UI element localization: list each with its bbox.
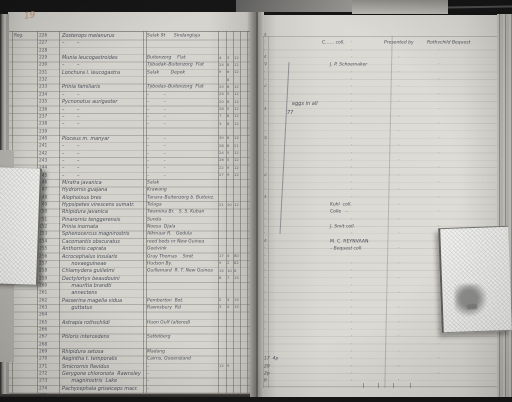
species-entry: – – bbox=[62, 92, 148, 98]
species-entry: Aegintha t. temporalis bbox=[62, 356, 148, 362]
row-number: 234 bbox=[39, 92, 48, 97]
species-entry: – – bbox=[62, 62, 148, 68]
species-entry: Chlamydera guilielmi bbox=[62, 268, 148, 274]
ditto-mark: · bbox=[438, 62, 442, 67]
ditto-mark: · bbox=[351, 312, 355, 317]
ditto-mark: · bbox=[438, 342, 442, 347]
species-entry: Lonchura l. leucogastra bbox=[62, 70, 148, 76]
row-number: 231 bbox=[39, 70, 48, 75]
locality-entry: – – bbox=[147, 136, 215, 141]
margin-mark: · bbox=[264, 158, 269, 163]
row-number: 265 bbox=[39, 320, 48, 325]
row-number: 255 bbox=[39, 246, 48, 251]
species-entry: – – bbox=[62, 151, 148, 157]
margin-mark: · bbox=[264, 77, 269, 82]
margin-mark: · bbox=[264, 261, 269, 266]
ditto-mark: · bbox=[438, 151, 442, 156]
ditto-mark: · bbox=[351, 378, 355, 383]
locality-entry: Madang bbox=[147, 349, 215, 354]
species-entry: Ptiloris intercedens bbox=[62, 334, 148, 340]
species-entry: Hydrornis guajana bbox=[62, 187, 148, 193]
row-number: 273 bbox=[39, 378, 48, 383]
ditto-mark: · bbox=[438, 48, 442, 53]
species-entry: magnirostris Lake bbox=[62, 378, 148, 384]
row-number: 238 bbox=[39, 121, 48, 126]
register-row: 226Zosterops melanurusSalak 9t Sindangla… bbox=[0, 33, 250, 40]
row-number: 241 bbox=[39, 143, 48, 148]
date-cell: 7 bbox=[219, 114, 226, 118]
row-number: 268 bbox=[39, 342, 48, 347]
species-entry: Hypsipetes virescens sumatr. bbox=[62, 202, 148, 208]
row-number: 269 bbox=[39, 349, 48, 354]
row-number: 233 bbox=[39, 84, 48, 89]
ditto-mark: · bbox=[351, 77, 355, 82]
collection-entry: M. C. REYNVAAN bbox=[330, 239, 369, 244]
register-scan-photo: 19 Reg. 226Zosterops melanurusSalak 9t S… bbox=[0, 0, 512, 402]
date-cell: 12 bbox=[234, 63, 241, 67]
date-cell: 5 bbox=[227, 107, 234, 111]
ditto-mark: · bbox=[398, 261, 402, 266]
ditto-mark: · bbox=[398, 305, 402, 310]
date-cell: 28 bbox=[219, 107, 226, 111]
margin-mark: · bbox=[264, 217, 269, 222]
register-row: 267Ptiloris intercedensSattelberg bbox=[0, 334, 250, 341]
locality-entry: – – bbox=[147, 114, 215, 119]
ditto-mark: · bbox=[438, 165, 442, 170]
margin-mark: 2 bbox=[264, 173, 269, 178]
species-entry: Acrocephalus insularis bbox=[62, 254, 148, 260]
ditto-mark: · bbox=[351, 371, 355, 376]
date-cell: 8 bbox=[227, 144, 234, 148]
ditto-mark: · bbox=[398, 158, 402, 163]
margin-mark: 4 bbox=[264, 33, 269, 38]
margin-mark: · bbox=[264, 276, 269, 281]
bottom-note: 17 4p bbox=[264, 356, 278, 361]
register-row: 237– –– –7812 bbox=[0, 114, 250, 121]
date-cell: 17 bbox=[219, 254, 226, 258]
ditto-mark: · bbox=[351, 107, 355, 112]
species-entry: Anthornis caprata bbox=[62, 246, 148, 252]
margin-mark: · bbox=[264, 92, 269, 97]
margin-mark: · bbox=[264, 209, 269, 214]
register-row: 266 bbox=[0, 327, 250, 334]
row-number: 256 bbox=[39, 254, 48, 259]
ditto-mark: · bbox=[351, 298, 355, 303]
date-cell: 12 bbox=[234, 85, 241, 89]
locality-entry: – – bbox=[147, 99, 215, 104]
date-cell: 30 bbox=[219, 136, 226, 140]
locality-entry: Salak 9t Sindanglaja bbox=[147, 33, 215, 38]
locality-entry: Salak bbox=[147, 180, 215, 185]
ditto-mark: · bbox=[438, 209, 442, 214]
slip-speck bbox=[467, 304, 477, 309]
locality-entry: Twamina Br. S. S. Kuban bbox=[147, 209, 215, 214]
date-cell: 8 bbox=[227, 85, 234, 89]
ditto-mark: · bbox=[351, 261, 355, 266]
ditto-mark: · bbox=[351, 327, 355, 332]
ditto-mark: · bbox=[398, 217, 402, 222]
date-cell: 27 bbox=[219, 173, 226, 177]
margin-mark: · bbox=[264, 246, 269, 251]
register-row: 241– –– –26821 bbox=[0, 143, 250, 150]
gutter-fold-line bbox=[256, 12, 258, 398]
register-row: 233Prinia familiarisTjibodas–Buitenzorg … bbox=[0, 84, 250, 91]
date-cell: 24 bbox=[219, 92, 226, 96]
species-entry: guttatus bbox=[62, 305, 148, 311]
row-number: 227 bbox=[39, 40, 48, 45]
species-entry: Astrapia rothschildi bbox=[62, 320, 148, 326]
locality-entry: Sunda bbox=[147, 217, 215, 222]
species-entry: – – bbox=[62, 165, 148, 171]
row-number: 264 bbox=[39, 312, 48, 317]
row-number: 235 bbox=[39, 99, 48, 104]
date-cell: 21 bbox=[234, 144, 241, 148]
ditto-mark: · bbox=[351, 187, 355, 192]
bottom-note: 2p bbox=[264, 371, 270, 376]
locality-entry: – bbox=[147, 364, 215, 369]
register-row: 231Lonchura l. leucogastraSalak Depok961… bbox=[0, 70, 250, 77]
date-cell: 8 bbox=[234, 269, 241, 273]
ditto-mark: · bbox=[398, 202, 402, 207]
date-cell: 5 bbox=[227, 158, 234, 162]
species-entry: Cacomantis obscuratus bbox=[62, 239, 148, 245]
right-fore-edge bbox=[497, 14, 512, 400]
locality-entry: Tjibodas–Buitenzorg Flat bbox=[147, 84, 215, 89]
species-entry: – – bbox=[62, 114, 148, 120]
date-cell: 4 bbox=[227, 305, 234, 309]
margin-mark: 2 bbox=[264, 84, 269, 89]
row-number: 237 bbox=[39, 114, 48, 119]
row-number: 271 bbox=[39, 364, 48, 369]
margin-mark: · bbox=[264, 48, 269, 53]
species-entry: – – bbox=[62, 107, 148, 113]
date-cell: 6 bbox=[227, 70, 234, 74]
row-number: 228 bbox=[39, 48, 48, 53]
margin-mark: 4 bbox=[264, 107, 269, 112]
row-number: 230 bbox=[39, 62, 48, 67]
date-cell: 8 bbox=[227, 63, 234, 67]
ditto-mark: · bbox=[398, 143, 402, 148]
bottom-note: 6 bbox=[264, 378, 267, 383]
ditto-mark: · bbox=[351, 136, 355, 141]
locality-entry: Tanara–Buitenzorg b. Buitenz. bbox=[147, 195, 215, 200]
folio-number-pencil: 19 bbox=[23, 10, 36, 21]
register-row: 243– –– –26512 bbox=[0, 158, 250, 165]
ditto-mark: · bbox=[351, 143, 355, 148]
row-number: 257 bbox=[39, 261, 48, 266]
margin-mark: 4 bbox=[264, 239, 269, 244]
register-row: 261 annectens bbox=[0, 290, 250, 297]
register-row: 242– –– –24512 bbox=[0, 151, 250, 158]
register-row: 264 bbox=[0, 312, 250, 319]
ditto-mark: · bbox=[398, 129, 402, 134]
ditto-mark: · bbox=[351, 283, 355, 288]
margin-mark: 4 bbox=[264, 195, 269, 200]
ditto-mark: · bbox=[438, 136, 442, 141]
locality-entry: Tjibadak–Buitenzorg Flat bbox=[147, 62, 215, 67]
paper-slip-right bbox=[438, 226, 512, 333]
locality-entry: Cairns, Queensland bbox=[147, 356, 215, 361]
species-entry: Smicrornis flavidus bbox=[62, 364, 148, 370]
ditto-mark: · bbox=[398, 114, 402, 119]
date-cell: 4 bbox=[219, 56, 226, 60]
ditto-mark: · bbox=[351, 173, 355, 178]
species-entry: novaeguineae bbox=[62, 261, 148, 267]
ditto-mark: · bbox=[438, 121, 442, 126]
register-row: 230– –Tjibadak–Buitenzorg Flat24812 bbox=[0, 62, 250, 69]
eggs-annotation: eggs in all bbox=[292, 101, 318, 107]
ditto-mark: · bbox=[398, 349, 402, 354]
tick-mark bbox=[393, 383, 394, 388]
register-row: 235Pycnonotus aurigaster– –20812 bbox=[0, 99, 250, 106]
ditto-mark: · bbox=[398, 276, 402, 281]
date-cell: 26 bbox=[219, 144, 226, 148]
ditto-mark: · bbox=[438, 107, 442, 112]
ditto-mark: · bbox=[438, 77, 442, 82]
register-row: 269Rhipidura setosaMadang bbox=[0, 349, 250, 356]
locality-entry: Rawnsbury Rd bbox=[147, 305, 215, 310]
date-cell: 9 bbox=[219, 261, 226, 265]
date-cell: 12 bbox=[234, 70, 241, 74]
ditto-mark: · bbox=[351, 114, 355, 119]
date-cell: 12 bbox=[234, 107, 241, 111]
locality-entry: Salak Depok bbox=[147, 70, 215, 75]
page-stack-top-left bbox=[236, 0, 356, 12]
date-cell: 15 bbox=[234, 305, 241, 309]
species-entry: Pinarornis tenggerensis bbox=[62, 217, 148, 223]
date-cell: 12 bbox=[219, 364, 226, 368]
locality-entry: Krawang bbox=[147, 187, 215, 192]
margin-mark: · bbox=[264, 187, 269, 192]
ditto-mark: · bbox=[398, 378, 402, 383]
ditto-mark: · bbox=[351, 195, 355, 200]
locality-entry: – – bbox=[147, 151, 215, 156]
date-cell: 10 bbox=[227, 203, 234, 207]
date-cell: 12 bbox=[234, 122, 241, 126]
locality-entry: Sattelberg bbox=[147, 334, 215, 339]
margin-mark: · bbox=[264, 312, 269, 317]
eggs-annotation-count: 77 bbox=[287, 110, 293, 116]
ditto-mark: · bbox=[398, 231, 402, 236]
ditto-mark: · bbox=[351, 180, 355, 185]
locality-entry: Gray Thomas Smit bbox=[147, 254, 215, 259]
date-cell: 3 bbox=[227, 56, 234, 60]
register-row: 240Ploceus m. manyar– –30812 bbox=[0, 136, 250, 143]
locality-entry: – – bbox=[147, 158, 215, 163]
right-table-bottom-line bbox=[263, 386, 497, 387]
date-cell: 20 bbox=[219, 100, 226, 104]
ditto-mark: · bbox=[351, 356, 355, 361]
date-cell: 22 bbox=[219, 166, 226, 170]
species-entry: Passerina magella vidua bbox=[62, 298, 148, 304]
row-number: 226 bbox=[39, 33, 48, 38]
ditto-mark: · bbox=[398, 84, 402, 89]
ditto-mark: · bbox=[398, 173, 402, 178]
date-cell: 12 bbox=[234, 203, 241, 207]
date-cell: 5 bbox=[227, 151, 234, 155]
row-number: 240 bbox=[39, 136, 48, 141]
tick-mark bbox=[410, 383, 411, 388]
row-number: 260 bbox=[39, 283, 48, 288]
ditto-mark: · bbox=[438, 180, 442, 185]
locality-entry: Huon Gulf (altered) bbox=[147, 320, 215, 325]
ditto-mark: · bbox=[398, 187, 402, 192]
date-cell: 4 bbox=[227, 298, 234, 302]
margin-mark: · bbox=[264, 290, 269, 295]
margin-mark: · bbox=[264, 99, 269, 104]
date-cell: 24 bbox=[219, 151, 226, 155]
book-bottom-edge bbox=[0, 397, 512, 402]
row-number: 258 bbox=[39, 268, 48, 273]
margin-mark: · bbox=[264, 305, 269, 310]
date-cell: 21 bbox=[219, 203, 226, 207]
ditto-mark: · bbox=[398, 246, 402, 251]
margin-mark: · bbox=[264, 40, 269, 45]
row-number: 243 bbox=[39, 158, 48, 163]
ditto-mark: · bbox=[351, 40, 355, 45]
register-row: 270Aegintha t. temporalisCairns, Queensl… bbox=[0, 356, 250, 363]
row-number: 239 bbox=[39, 129, 48, 134]
margin-mark: · bbox=[264, 298, 269, 303]
species-entry: Prinia familiaris bbox=[62, 84, 148, 90]
date-cell: 15 bbox=[234, 298, 241, 302]
ditto-mark: · bbox=[351, 92, 355, 97]
register-row: 273 magnirostris Lake– bbox=[0, 378, 250, 385]
row-number: 270 bbox=[39, 356, 48, 361]
row-number: 262 bbox=[39, 298, 48, 303]
ditto-mark: · bbox=[351, 151, 355, 156]
ditto-mark: · bbox=[398, 290, 402, 295]
row-number: 263 bbox=[39, 305, 48, 310]
ditto-mark: · bbox=[351, 99, 355, 104]
species-entry: mauritia brandti bbox=[62, 283, 148, 289]
locality-entry: reed beds nr New Guinea bbox=[147, 239, 215, 244]
date-cell: 15 bbox=[219, 269, 226, 273]
locality-entry: Buitenzorg Flat bbox=[147, 55, 215, 60]
locality-entry: – – bbox=[147, 121, 215, 126]
collection-entry: – Bequest coll bbox=[330, 246, 361, 251]
locality-entry: Hudson By. bbox=[147, 261, 215, 266]
ditto-mark: · bbox=[351, 334, 355, 339]
ditto-mark: · bbox=[351, 70, 355, 75]
margin-mark: · bbox=[264, 231, 269, 236]
locality-entry: – – bbox=[147, 143, 215, 148]
left-table-top-line bbox=[9, 31, 250, 32]
margin-mark: · bbox=[264, 320, 269, 325]
date-cell: 15 bbox=[234, 276, 241, 280]
date-cell: 8 bbox=[227, 114, 234, 118]
ditto-mark: · bbox=[351, 320, 355, 325]
locality-entry: – bbox=[147, 371, 215, 376]
date-cell: 25 bbox=[219, 85, 226, 89]
margin-mark: · bbox=[264, 180, 269, 185]
margin-mark: · bbox=[264, 70, 269, 75]
date-cell: 8 bbox=[227, 122, 234, 126]
ditto-mark: · bbox=[351, 55, 355, 60]
ditto-mark: · bbox=[351, 165, 355, 170]
row-number: 266 bbox=[39, 327, 48, 332]
margin-mark: ♀ bbox=[264, 62, 269, 67]
locality-entry: Guillemard R. T. New Guinea bbox=[147, 268, 215, 273]
species-entry: Rhipidura javanica bbox=[62, 209, 148, 215]
species-entry: – – bbox=[62, 158, 148, 164]
locality-entry: – – bbox=[147, 107, 215, 112]
page-stack-top-right bbox=[352, 0, 448, 14]
ditto-mark: · bbox=[351, 231, 355, 236]
species-entry: Sphenocercus magnirostris bbox=[62, 231, 148, 237]
date-cell: 12 bbox=[234, 166, 241, 170]
species-entry: Munia leucogastroides bbox=[62, 55, 148, 61]
ditto-mark: · bbox=[398, 320, 402, 325]
locality-entry: – – bbox=[147, 92, 215, 97]
locality-entry: Noesa Djala bbox=[147, 224, 215, 229]
ditto-mark: · bbox=[351, 268, 355, 273]
date-cell: 3 bbox=[219, 122, 226, 126]
ditto-mark: · bbox=[438, 371, 442, 376]
locality-entry: Alkmaar R. Gedula bbox=[147, 231, 215, 236]
register-row: 262Passerina magella viduaPemberton Bot.… bbox=[0, 298, 250, 305]
locality-entry: – bbox=[147, 386, 215, 391]
species-entry: Pycnonotus aurigaster bbox=[62, 99, 148, 105]
species-entry: – – bbox=[62, 121, 148, 127]
row-number: 267 bbox=[39, 334, 48, 339]
paper-slip-left bbox=[0, 167, 42, 285]
date-cell: 9 bbox=[219, 70, 226, 74]
date-cell: 7 bbox=[227, 276, 234, 280]
register-row: 228 bbox=[0, 48, 250, 55]
margin-mark: 4 bbox=[264, 55, 269, 60]
margin-mark: · bbox=[264, 129, 269, 134]
species-entry: Alophoixus bres bbox=[62, 195, 148, 201]
date-cell: 9 bbox=[227, 166, 234, 170]
margin-mark: · bbox=[264, 202, 269, 207]
margin-mark: · bbox=[264, 121, 269, 126]
ditto-mark: · bbox=[438, 195, 442, 200]
right-table-top-line bbox=[263, 36, 497, 37]
bottom-note: 29 bbox=[264, 364, 270, 369]
date-cell: 12 bbox=[234, 114, 241, 118]
row-number: 229 bbox=[39, 55, 48, 60]
tick-mark bbox=[363, 383, 364, 388]
ditto-mark: · bbox=[351, 349, 355, 354]
date-cell: 8 bbox=[227, 100, 234, 104]
ditto-mark: · bbox=[398, 40, 402, 45]
row-number: 274 bbox=[39, 386, 48, 391]
register-row: 239 bbox=[0, 129, 250, 136]
ditto-mark: · bbox=[351, 158, 355, 163]
ditto-mark: · bbox=[351, 217, 355, 222]
row-number: 236 bbox=[39, 107, 48, 112]
date-cell: 82 bbox=[234, 261, 241, 265]
collection-entry: J. P. Schoemaker bbox=[330, 62, 367, 67]
date-cell: 5 bbox=[227, 92, 234, 96]
register-row: 238– –– –3812 bbox=[0, 121, 250, 128]
species-entry: Gerygone chloronota Rawnsley bbox=[62, 371, 148, 377]
species-entry: Rhipidura setosa bbox=[62, 349, 148, 355]
ditto-mark: · bbox=[398, 99, 402, 104]
date-cell: 80 bbox=[234, 254, 241, 258]
ditto-mark: · bbox=[438, 356, 442, 361]
date-cell: 12 bbox=[234, 92, 241, 96]
date-cell: 4 bbox=[227, 254, 234, 258]
register-row: 229Munia leucogastroidesBuitenzorg Flat4… bbox=[0, 55, 250, 62]
species-entry: Dactylortyx beaudouini bbox=[62, 276, 148, 282]
tick-mark bbox=[378, 383, 379, 388]
register-row: 227– – bbox=[0, 40, 250, 47]
date-cell: 12 bbox=[234, 158, 241, 162]
row-number: 242 bbox=[39, 151, 48, 156]
margin-mark: · bbox=[264, 151, 269, 156]
